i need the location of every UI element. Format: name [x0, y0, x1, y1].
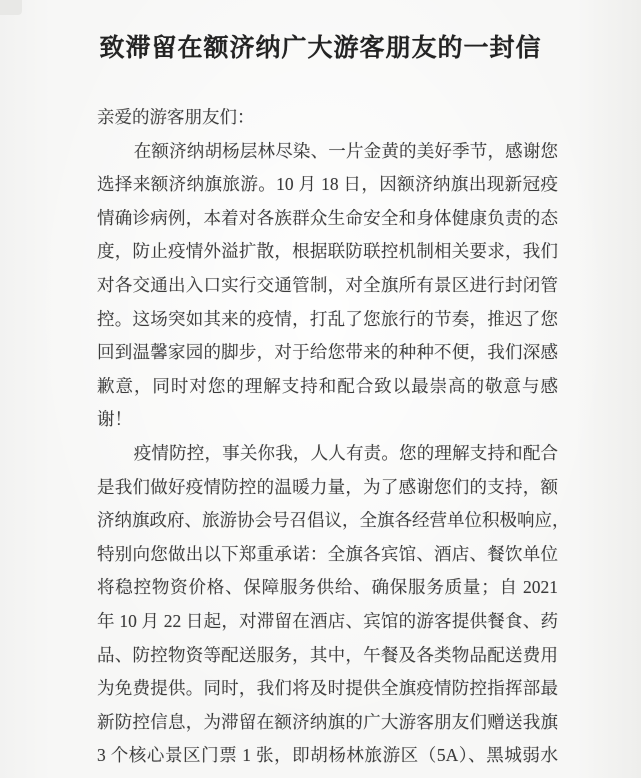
letter-line: 济纳旗政府、旅游协会号召倡议，全旗各经营单位积极响应， [97, 504, 558, 538]
letter-page: 致滞留在额济纳广大游客朋友的一封信 亲爱的游客朋友们：在额济纳胡杨层林尽染、一片… [0, 0, 641, 778]
letter-line: 特别向您做出以下郑重承诺：全旗各宾馆、酒店、餐饮单位 [97, 538, 558, 572]
letter-line: 谢！ [97, 403, 558, 437]
letter-line: 情确诊病例，本着对各族群众生命安全和身体健康负责的态 [97, 202, 558, 236]
letter-line: 度，防止疫情外溢扩散，根据联防联控机制相关要求，我们 [97, 235, 558, 269]
letter-line: 为免费提供。同时，我们将及时提供全旗疫情防控指挥部最 [97, 672, 558, 706]
letter-line: 3 个核心景区门票 1 张，即胡杨林旅游区（5A）、黑城弱水 [97, 739, 558, 773]
letter-line: 疫情防控，事关你我，人人有责。您的理解支持和配合 [97, 437, 558, 471]
letter-title: 致滞留在额济纳广大游客朋友的一封信 [0, 28, 641, 64]
letter-line: 回到温馨家园的脚步，对于给您带来的种种不便，我们深感 [97, 336, 558, 370]
letter-line: 控。这场突如其来的疫情，打乱了您旅行的节奏，推迟了您 [97, 303, 558, 337]
letter-line: 将稳控物资价格、保障服务供给、确保服务质量；自 2021 [97, 571, 558, 605]
letter-line: 亲爱的游客朋友们： [97, 101, 558, 135]
letter-line: 对各交通出入口实行交通管制，对全旗所有景区进行封闭管 [97, 269, 558, 303]
letter-line: 品、防控物资等配送服务，其中，午餐及各类物品配送费用 [97, 639, 558, 673]
letter-line: 新防控信息，为滞留在额济纳旗的广大游客朋友们赠送我旗 [97, 706, 558, 740]
letter-line: 在额济纳胡杨层林尽染、一片金黄的美好季节，感谢您 [97, 135, 558, 169]
letter-line: 选择来额济纳旗旅游。10 月 18 日，因额济纳旗出现新冠疫 [97, 168, 558, 202]
scan-corner-artifact [0, 0, 22, 15]
letter-line: 歉意，同时对您的理解支持和配合致以最崇高的敬意与感 [97, 370, 558, 404]
letter-body: 亲爱的游客朋友们：在额济纳胡杨层林尽染、一片金黄的美好季节，感谢您选择来额济纳旗… [97, 101, 558, 773]
letter-line: 年 10 月 22 日起，对滞留在酒店、宾馆的游客提供餐食、药 [97, 605, 558, 639]
letter-line: 是我们做好疫情防控的温暖力量，为了感谢您们的支持，额 [97, 471, 558, 505]
